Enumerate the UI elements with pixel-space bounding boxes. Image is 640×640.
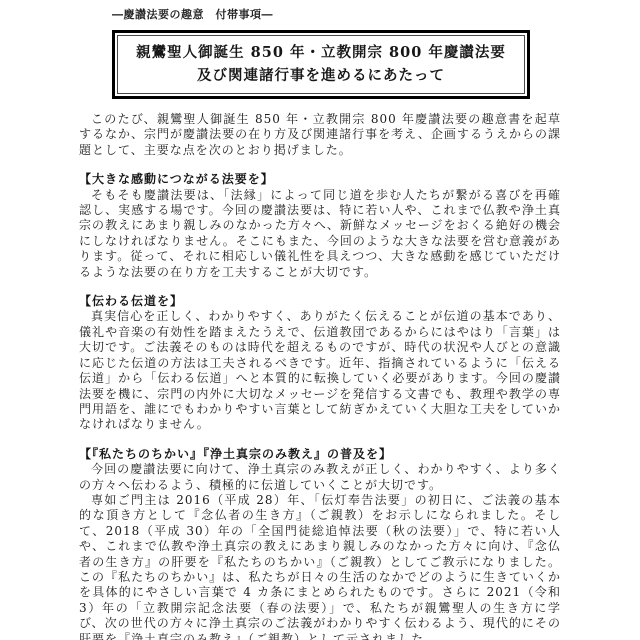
section-2-paragraph-1: 真実信心を正しく、わかりやすく、ありがたく伝えることが伝道の基本であり、儀礼や音…	[79, 309, 561, 432]
section-1-paragraph-1: そもそも慶讃法要は、「法縁」によって同じ道を歩む人たちが繋がる喜びを再確認し、実…	[79, 188, 561, 280]
section-3-paragraph-2: 専如ご門主は 2016（平成 28）年、「伝灯奉告法要」の初日に、ご法義の基本的…	[79, 493, 561, 640]
section-large-impression: 【大きな感動につながる法要を】 そもそも慶讃法要は、「法縁」によって同じ道を歩む…	[79, 172, 561, 280]
section-2-heading: 【伝わる伝道を】	[79, 294, 561, 309]
section-1-heading: 【大きな感動につながる法要を】	[79, 172, 561, 187]
section-dissemination: 【『私たちのちかい』『浄土真宗のみ教え』の普及を】 今回の慶讃法要に向けて、浄土…	[79, 447, 561, 640]
document-tagline: ―慶讃法要の趣意 付帯事項―	[112, 8, 561, 22]
section-conveyed-propagation: 【伝わる伝道を】 真実信心を正しく、わかりやすく、ありがたく伝えることが伝道の基…	[79, 294, 561, 433]
title-box-inner: 親鸞聖人御誕生 850 年・立教開宗 800 年慶讃法要 及び関連諸行事を進める…	[117, 35, 525, 94]
document-title-line-1: 親鸞聖人御誕生 850 年・立教開宗 800 年慶讃法要	[124, 41, 518, 64]
title-box: 親鸞聖人御誕生 850 年・立教開宗 800 年慶讃法要 及び関連諸行事を進める…	[112, 30, 530, 99]
section-3-paragraph-1: 今回の慶讃法要に向けて、浄土真宗のみ教えが正しく、わかりやすく、より多くの方々へ…	[79, 462, 561, 493]
section-3-heading: 【『私たちのちかい』『浄土真宗のみ教え』の普及を】	[79, 447, 561, 462]
document-title-line-2: 及び関連諸行事を進めるにあたって	[124, 64, 518, 87]
intro-paragraph: このたび、親鸞聖人御誕生 850 年・立教開宗 800 年慶讃法要の趣意書を起草…	[79, 112, 561, 158]
document-page: ―慶讃法要の趣意 付帯事項― 親鸞聖人御誕生 850 年・立教開宗 800 年慶…	[0, 0, 640, 640]
